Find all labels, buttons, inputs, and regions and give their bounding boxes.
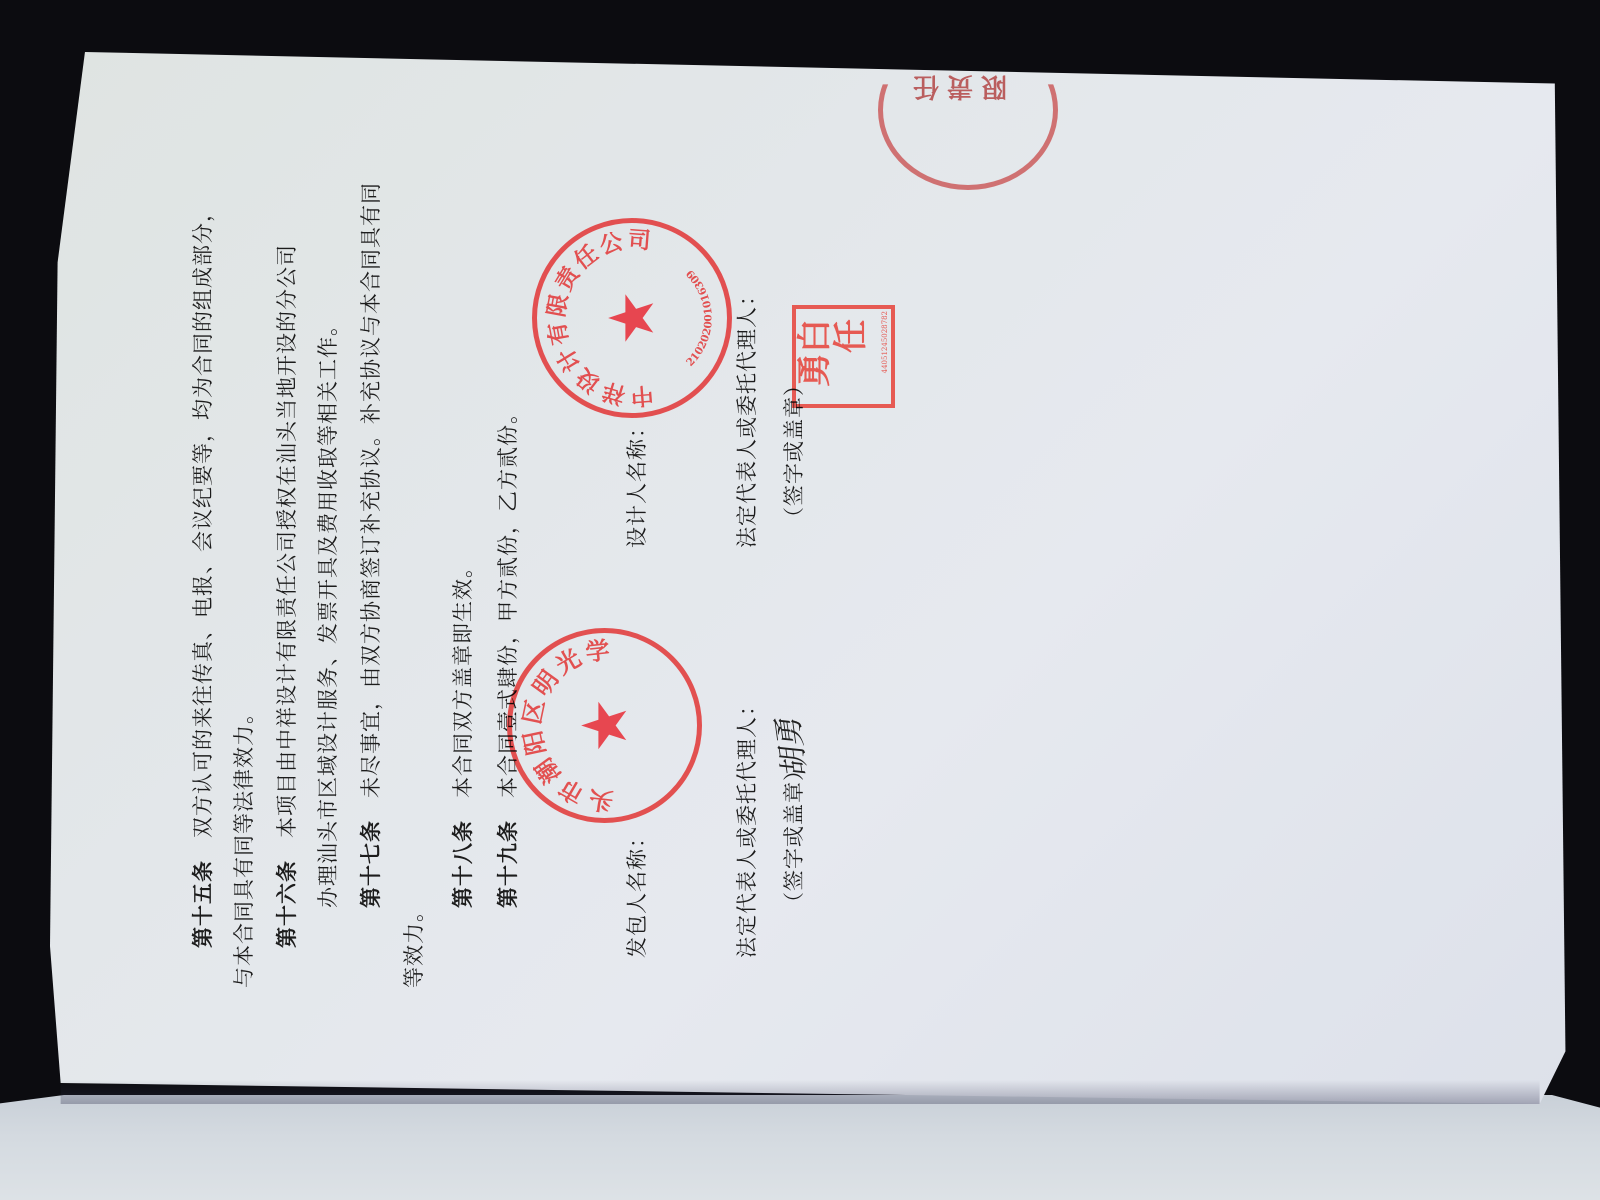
contract-text-block: 第十五条双方认可的来往传真、电报、会议纪要等，均为合同的组成部分， 与本合同具有… [192, 188, 882, 948]
article-number: 第十九条 [495, 820, 520, 908]
svg-text:2102020010163​09: 2102020010163​09 [684, 267, 715, 369]
seal-number: 44051245028782 [882, 311, 889, 373]
designer-rep-label: 法定代表人或委托代理人： [737, 284, 758, 548]
lower-page [0, 1095, 1600, 1200]
employer-name-label: 发包人名称： [627, 826, 648, 958]
article-number: 第十六条 [274, 860, 299, 948]
designer-company-stamp: 中祥设计有限责任公司 2102020010163​09 ★ [532, 218, 732, 418]
employer-handwritten-signature: 胡勇 [774, 716, 812, 780]
employer-rep-label: 法定代表人或委托代理人： [737, 694, 758, 958]
article-15-line-1: 第十五条双方认可的来往传真、电报、会议纪要等，均为合同的组成部分， [192, 200, 214, 948]
star-icon: ★ [574, 698, 636, 754]
article-18: 第十八条本合同双方盖章即生效。 [452, 556, 474, 908]
article-number: 第十五条 [190, 860, 215, 948]
article-15-line-2: 与本合同具有同等法律效力。 [234, 702, 255, 988]
article-17-line-2: 等效力。 [404, 900, 425, 988]
employer-sign-hint: （签字或盖章） [784, 759, 805, 913]
star-icon: ★ [601, 290, 663, 346]
partial-company-stamp [878, 30, 1058, 190]
article-number: 第十八条 [450, 820, 475, 908]
article-16-line-1: 第十六条本项目由中祥设计有限责任公司授权在汕头当地开设的分公司 [276, 244, 298, 948]
designer-personal-seal: 白任勇 44051245028782 [792, 305, 895, 408]
article-number: 第十七条 [358, 820, 383, 908]
partial-stamp-text: 限责任 [905, 70, 1007, 107]
employer-company-stamp: 汕头市潮阳区明光学校 ★ [507, 628, 702, 823]
article-17-line-1: 第十七条未尽事宜，由双方协商签订补充协议。补充协议与本合同具有同 [360, 182, 382, 908]
designer-name-label: 设计人名称： [627, 416, 648, 548]
page-fold-shadow [50, 1080, 1570, 1104]
article-16-line-2: 办理汕头市区域设计服务、发票开具及费用收取等相关工作。 [318, 314, 339, 908]
